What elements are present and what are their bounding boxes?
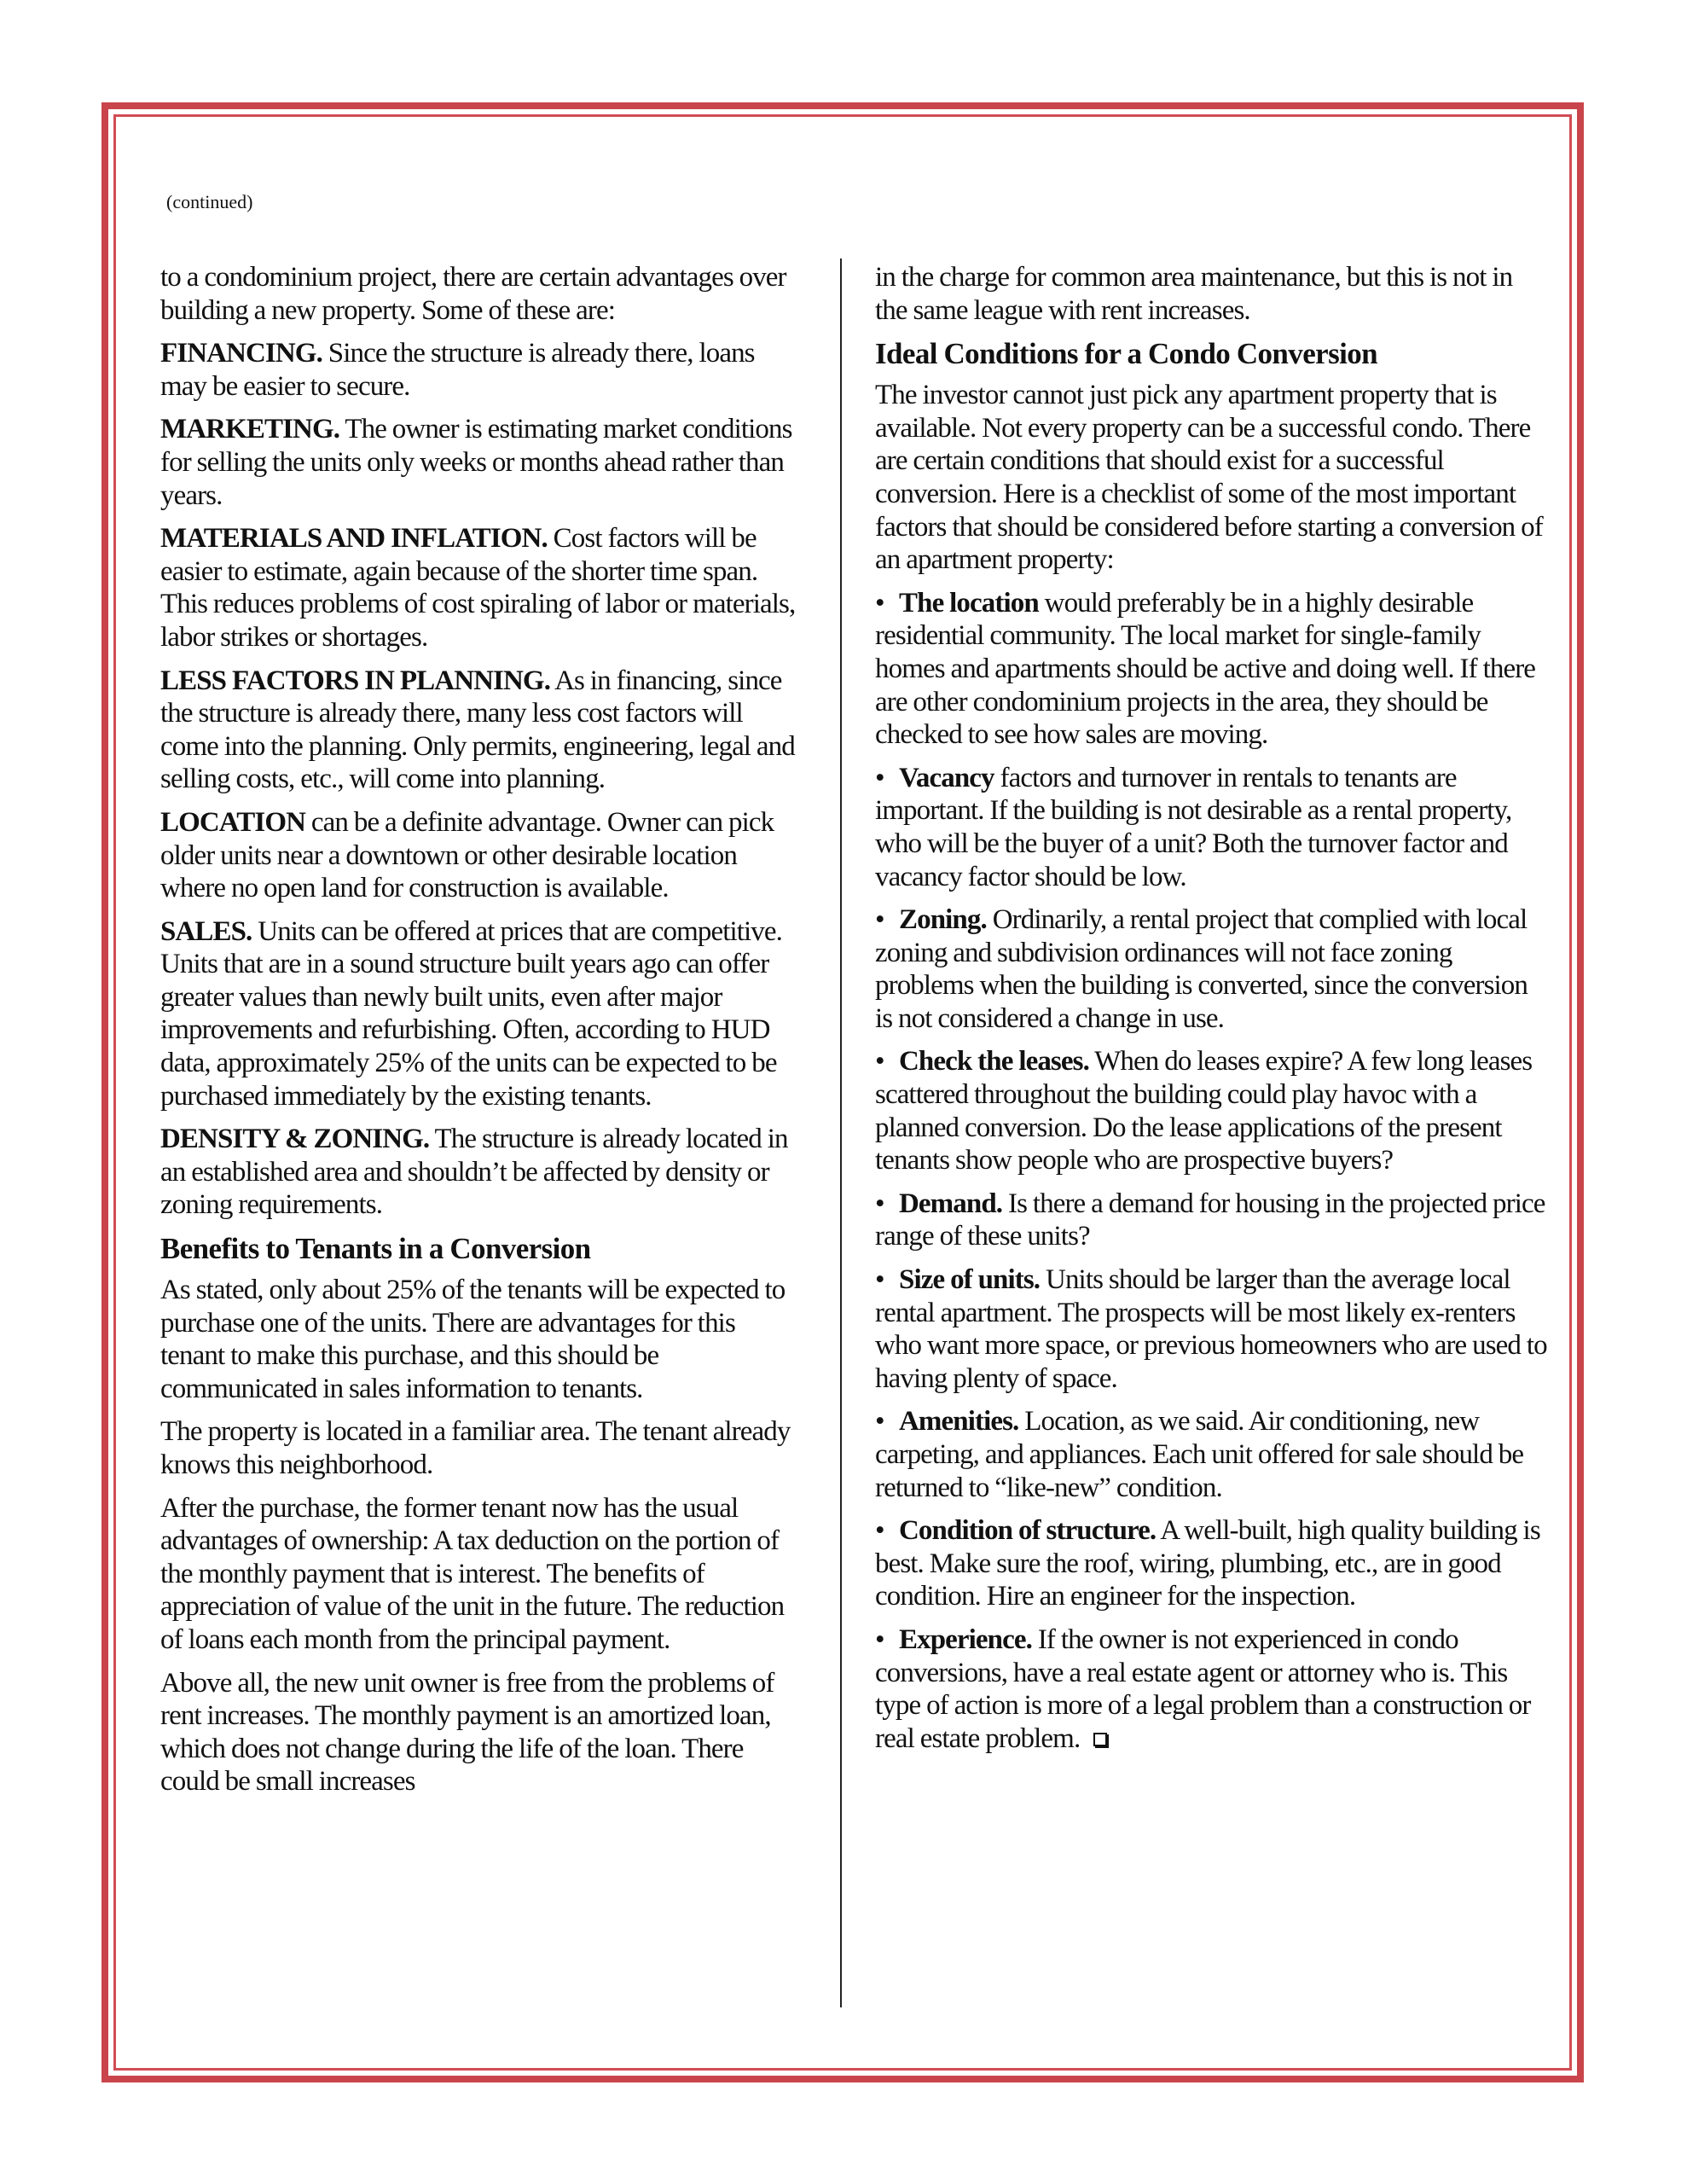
item-term: MATERIALS AND INFLATION. xyxy=(160,523,548,554)
right-column: in the charge for common area maintenanc… xyxy=(875,261,1549,1765)
advantage-item-materials: MATERIALS AND INFLATION. Cost factors wi… xyxy=(160,522,796,653)
item-term: Size of units. xyxy=(899,1264,1040,1295)
advantage-item-planning: LESS FACTORS IN PLANNING. As in financin… xyxy=(160,665,796,796)
bullet-icon: • xyxy=(875,1045,899,1078)
left-column: to a condominium project, there are cert… xyxy=(160,261,796,1809)
item-term: LOCATION xyxy=(160,807,305,838)
item-term: Condition of structure. xyxy=(899,1515,1156,1546)
bullet-icon: • xyxy=(875,762,899,795)
item-term: Check the leases. xyxy=(899,1046,1089,1077)
item-term: Vacancy xyxy=(899,763,994,793)
item-term: LESS FACTORS IN PLANNING. xyxy=(160,665,550,696)
item-text: Units can be offered at prices that are … xyxy=(160,916,782,1112)
item-term: FINANCING. xyxy=(160,338,322,369)
checklist-item-size: •Size of units. Units should be larger t… xyxy=(875,1263,1549,1395)
bullet-icon: • xyxy=(875,1188,899,1221)
end-of-article-icon xyxy=(1093,1733,1107,1746)
bullet-icon: • xyxy=(875,1623,899,1657)
intro-paragraph: The investor cannot just pick any apartm… xyxy=(875,379,1549,577)
body-paragraph: After the purchase, the former tenant no… xyxy=(160,1492,796,1657)
intro-paragraph: to a condominium project, there are cert… xyxy=(160,261,796,327)
body-paragraph: Above all, the new unit owner is free fr… xyxy=(160,1667,796,1798)
checklist-item-condition: •Condition of structure. A well-built, h… xyxy=(875,1514,1549,1613)
checklist-item-location: •The location would preferably be in a h… xyxy=(875,587,1549,752)
advantage-item-density: DENSITY & ZONING. The structure is alrea… xyxy=(160,1123,796,1222)
checklist-item-zoning: •Zoning. Ordinarily, a rental project th… xyxy=(875,903,1549,1035)
advantage-item-location: LOCATION can be a definite advantage. Ow… xyxy=(160,806,796,905)
item-term: MARKETING. xyxy=(160,414,339,444)
item-term: SALES. xyxy=(160,916,252,947)
checklist-item-vacancy: •Vacancy factors and turnover in rentals… xyxy=(875,762,1549,893)
body-paragraph: The property is located in a familiar ar… xyxy=(160,1415,796,1481)
advantage-item-marketing: MARKETING. The owner is estimating marke… xyxy=(160,413,796,512)
section-heading-ideal-conditions: Ideal Conditions for a Condo Conversion xyxy=(875,337,1549,371)
bullet-icon: • xyxy=(875,903,899,937)
item-term: Experience. xyxy=(899,1624,1032,1655)
checklist-item-amenities: •Amenities. Location, as we said. Air co… xyxy=(875,1405,1549,1504)
bullet-icon: • xyxy=(875,1263,899,1297)
advantage-item-sales: SALES. Units can be offered at prices th… xyxy=(160,915,796,1113)
checklist-item-leases: •Check the leases. When do leases expire… xyxy=(875,1045,1549,1176)
body-paragraph: As stated, only about 25% of the tenants… xyxy=(160,1274,796,1405)
checklist-item-experience: •Experience. If the owner is not experie… xyxy=(875,1623,1549,1755)
advantage-item-financing: FINANCING. Since the structure is alread… xyxy=(160,337,796,403)
continuation-paragraph: in the charge for common area maintenanc… xyxy=(875,261,1549,327)
bullet-icon: • xyxy=(875,1405,899,1438)
column-divider xyxy=(840,258,842,2007)
item-term: Demand. xyxy=(899,1188,1002,1219)
item-term: Amenities. xyxy=(899,1406,1018,1437)
checklist-item-demand: •Demand. Is there a demand for housing i… xyxy=(875,1188,1549,1253)
section-heading-benefits: Benefits to Tenants in a Conversion xyxy=(160,1232,796,1266)
continued-label: (continued) xyxy=(166,191,252,213)
item-term: DENSITY & ZONING. xyxy=(160,1124,429,1154)
bullet-icon: • xyxy=(875,1514,899,1548)
item-term: Zoning. xyxy=(899,904,987,935)
bullet-icon: • xyxy=(875,587,899,620)
item-term: The location xyxy=(899,588,1039,619)
